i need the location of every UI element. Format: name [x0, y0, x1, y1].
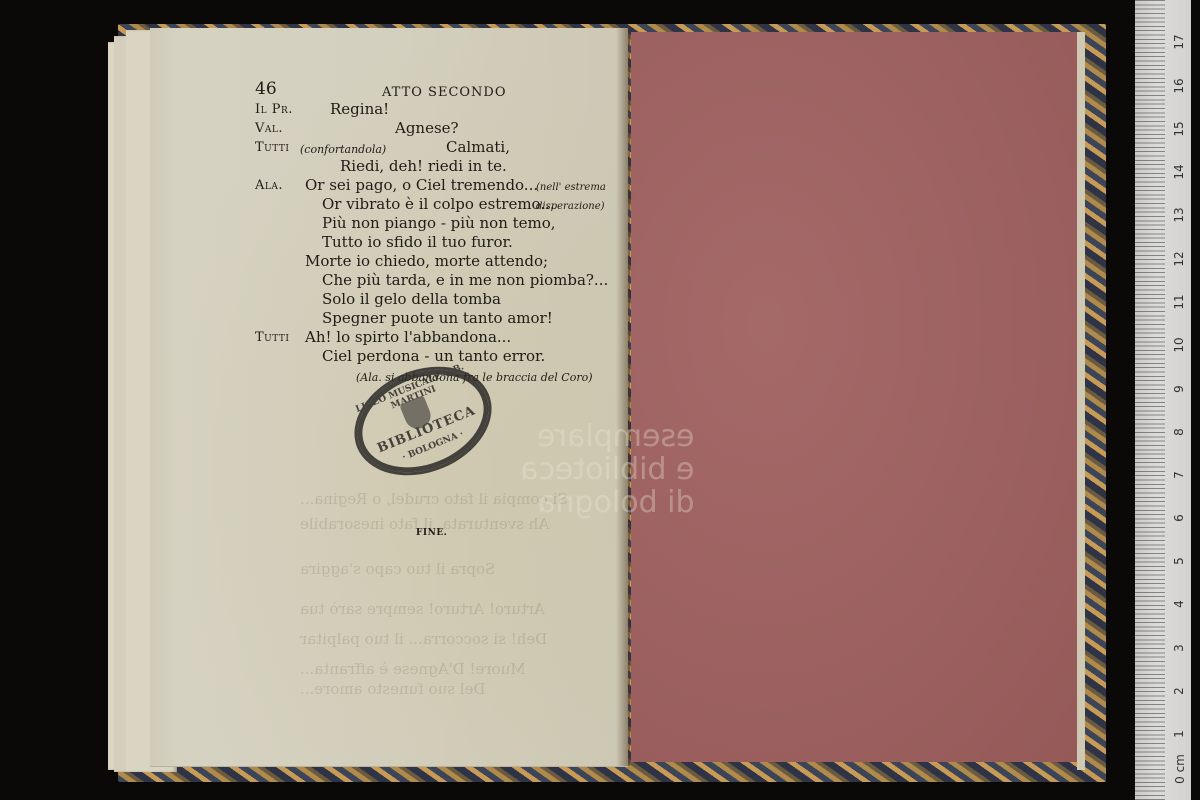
speaker-label: Val.: [255, 119, 283, 138]
verse-line: Morte io chiedo, morte attendo;: [305, 252, 548, 271]
ruler-label: 8: [1172, 422, 1186, 442]
ruler-label: 9: [1172, 379, 1186, 399]
showthrough-text: Deh! si soccorra... il tuo palpitar: [300, 630, 547, 648]
ruler-label: 0 cm: [1173, 752, 1187, 786]
verse-line: Regina!: [330, 100, 389, 119]
speaker-label: Ala.: [255, 176, 283, 195]
ruler-label: 3: [1172, 638, 1186, 658]
right-page-endpaper: [631, 32, 1077, 762]
verse-line: Agnese?: [395, 119, 459, 138]
speaker-label: Tutti: [255, 328, 289, 347]
ruler-label: 16: [1172, 76, 1186, 96]
watermark-showthrough: esemplare e biblioteca di bologna: [520, 420, 695, 519]
ruler-label: 12: [1172, 249, 1186, 269]
end-mark: FINE.: [416, 524, 447, 543]
right-page-edge: [1077, 32, 1085, 770]
ruler-label: 10: [1172, 335, 1186, 355]
ruler-label: 1: [1172, 724, 1186, 744]
gutter-shadow: [616, 28, 630, 766]
ruler-label: 4: [1172, 594, 1186, 614]
measurement-ruler: 0 cm 1 2 3 4 5 6 7 8 9 10 11 12 13 14 15…: [1135, 0, 1191, 800]
watermark-line: e biblioteca: [520, 453, 695, 486]
verse-line: Solo il gelo della tomba: [322, 290, 501, 309]
verse-line: Ah! lo spirto l'abbandona...: [305, 328, 511, 347]
ruler-label: 15: [1172, 119, 1186, 139]
verse-line: Ciel perdona - un tanto error.: [322, 347, 545, 366]
ruler-label: 7: [1172, 465, 1186, 485]
ruler-label: 2: [1172, 681, 1186, 701]
verse-line: Che più tarda, e in me non piomba?...: [322, 271, 608, 290]
watermark-line: esemplare: [520, 420, 695, 453]
ruler-label: 11: [1172, 292, 1186, 312]
verse-line: Spegner puote un tanto amor!: [322, 309, 553, 328]
verse-line: Calmati,: [446, 138, 510, 157]
ruler-label: 5: [1172, 551, 1186, 571]
running-head: ATTO SECONDO: [382, 83, 507, 102]
ruler-label: 17: [1172, 32, 1186, 52]
verse-line: Or sei pago, o Ciel tremendo...: [305, 176, 538, 195]
ruler-label: 6: [1172, 508, 1186, 528]
speaker-label: Tutti: [255, 138, 289, 157]
watermark-line: di bologna: [520, 486, 695, 519]
ruler-label: 13: [1172, 205, 1186, 225]
verse-line: Riedi, deh! riedi in te.: [340, 157, 507, 176]
verse-line: Or vibrato è il colpo estremo...: [322, 195, 555, 214]
ruler-ticks: [1135, 0, 1165, 800]
showthrough-text: Del suo funesto amore...: [300, 680, 485, 698]
book-scan: Si compia il fato crudel, o Regina... Ah…: [0, 0, 1200, 800]
verse-line: Più non piango - più non temo,: [322, 214, 556, 233]
showthrough-text: Sopra il tuo capo s'aggira: [300, 560, 495, 578]
showthrough-text: Arturo! Arturo! sempre sarò tua: [300, 600, 545, 618]
verse-line: Tutto io sfido il tuo furor.: [322, 233, 513, 252]
ruler-label: 14: [1172, 162, 1186, 182]
page-number: 46: [255, 80, 277, 99]
speaker-label: Il Pr.: [255, 100, 293, 119]
showthrough-text: Muore! D'Agnese è affranta...: [300, 660, 526, 678]
